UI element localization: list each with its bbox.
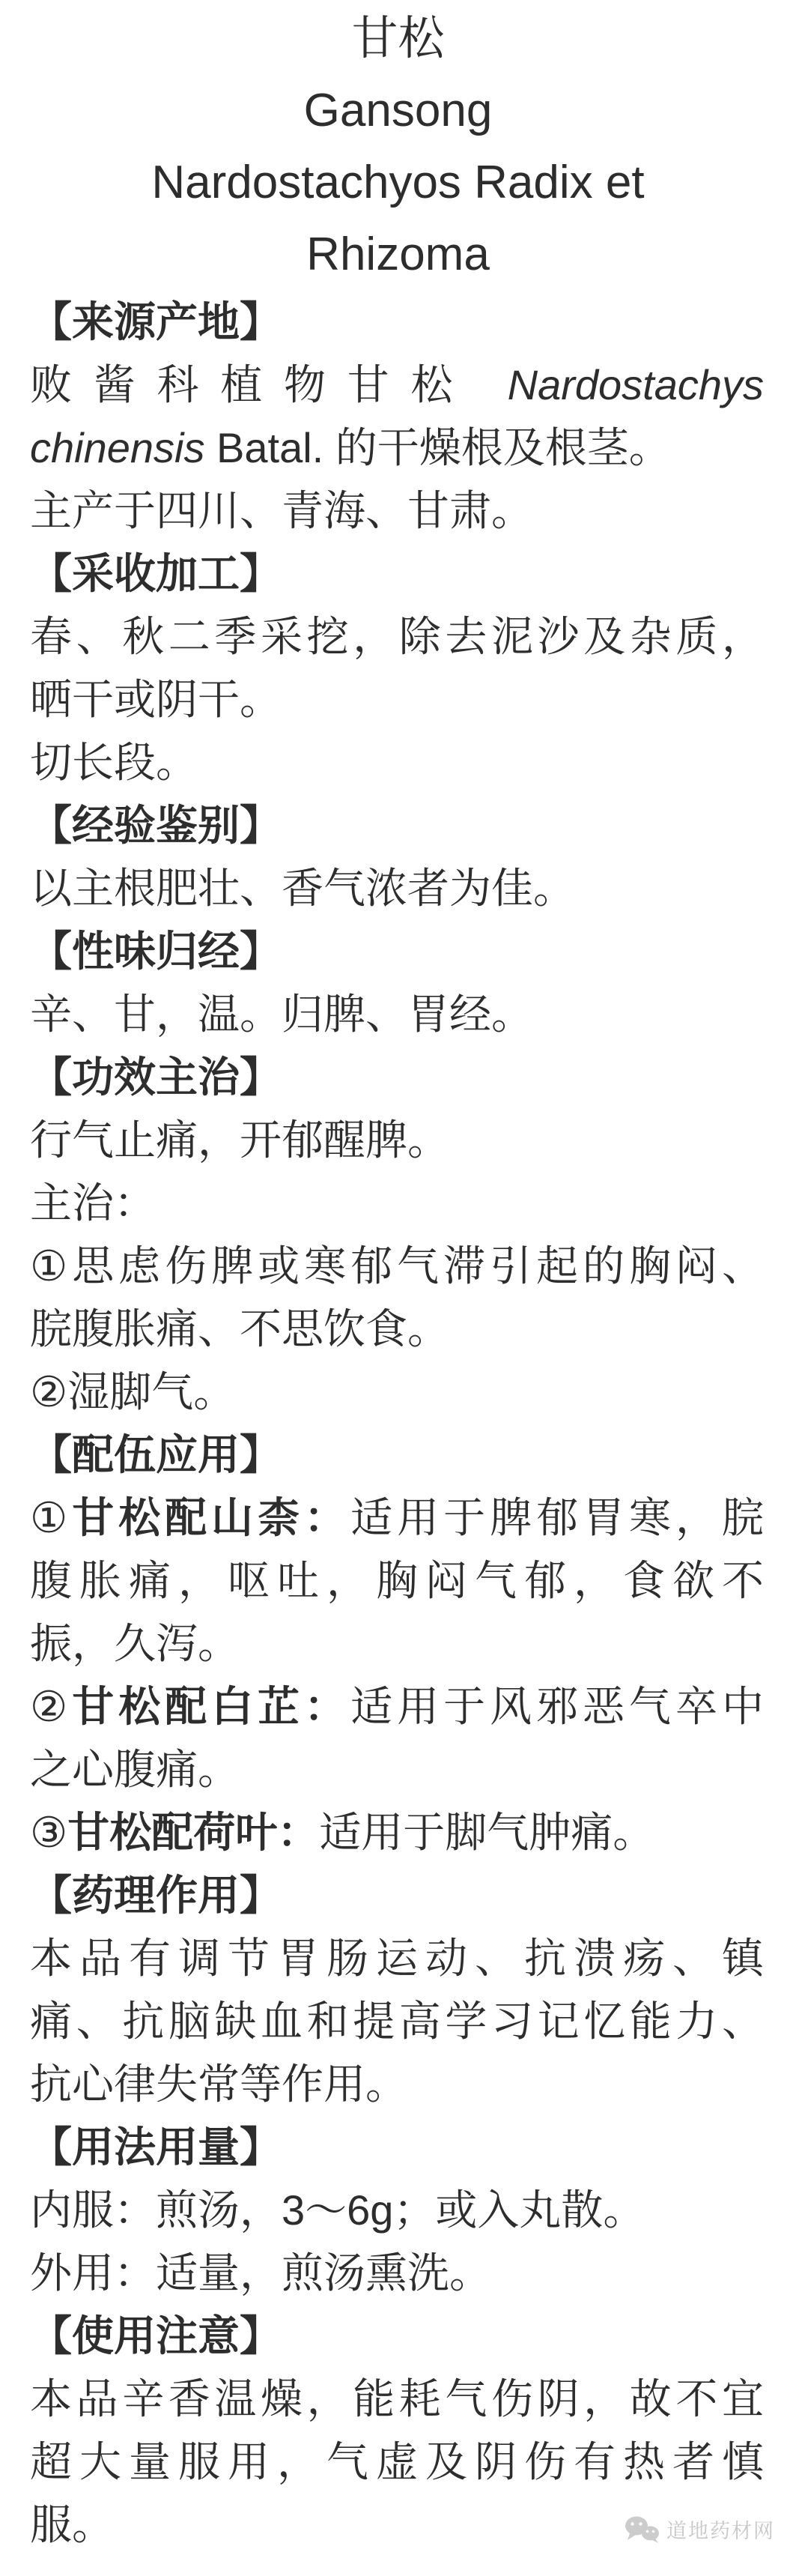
text-segment: 适用于脚气肿痛。	[319, 1809, 654, 1856]
text-segment: ③	[30, 1809, 67, 1856]
body-line: 脘腹胀痛、不思饮食。	[30, 1298, 764, 1361]
body-line: 内服：煎汤，3～6g；或入丸散。	[30, 2179, 764, 2242]
title-latin-line2: Rhizoma	[0, 219, 796, 291]
body-line: 本品辛香温燥，能耗气伤阴，故不宜	[30, 2368, 764, 2431]
body-line: 以主根肥壮、香气浓者为佳。	[30, 857, 764, 920]
body-line: 超大量服用，气虚及阴伤有热者慎	[30, 2431, 764, 2494]
text-segment: 败酱科植物甘松	[30, 361, 508, 408]
body-line: 败酱科植物甘松 Nardostachys	[30, 354, 764, 417]
document-page: 甘松 Gansong Nardostachyos Radix et Rhizom…	[0, 0, 796, 2576]
text-segment: 适用于脾郁胃寒，脘	[350, 1494, 764, 1541]
title-chinese: 甘松	[0, 3, 796, 75]
body-line: 主产于四川、青海、甘肃。	[30, 480, 764, 542]
body-line: ①思虑伤脾或寒郁气滞引起的胸闷、	[30, 1235, 764, 1298]
body-line: 辛、甘，温。归脾、胃经。	[30, 983, 764, 1046]
body-line: 腹胀痛，呕吐，胸闷气郁，食欲不	[30, 1549, 764, 1612]
latin-name-italic: chinensis	[30, 424, 204, 471]
wechat-bubbles-icon	[625, 2515, 660, 2544]
body-line: 痛、抗脑缺血和提高学习记忆能力、	[30, 1990, 764, 2053]
body-line: 外用：适量，煎汤熏洗。	[30, 2242, 764, 2305]
watermark: 道地药材网	[625, 2515, 775, 2544]
body-line: ②甘松配白芷：适用于风邪恶气卒中	[30, 1675, 764, 1738]
text-segment: Batal. 的干燥根及根茎。	[204, 424, 670, 471]
section-header-harvest-processing: 【采收加工】	[30, 542, 764, 605]
section-header-compatibility: 【配伍应用】	[30, 1424, 764, 1487]
latin-name-italic: Nardostachys	[508, 361, 764, 408]
pairing-lead-bold: 甘松配荷叶：	[67, 1809, 319, 1856]
body-line: ②湿脚气。	[30, 1361, 764, 1424]
body-line: 行气止痛，开郁醒脾。	[30, 1109, 764, 1172]
pairing-lead-bold: 甘松配白芷：	[72, 1683, 350, 1730]
text-segment: ②	[30, 1683, 72, 1730]
text-segment: 适用于风邪恶气卒中	[350, 1683, 764, 1730]
title-pinyin: Gansong	[0, 75, 796, 147]
title-latin-line1: Nardostachyos Radix et	[0, 147, 796, 219]
body-line: 春、秋二季采挖，除去泥沙及杂质，	[30, 605, 764, 668]
section-header-dosage: 【用法用量】	[30, 2116, 764, 2179]
body-line: ①甘松配山柰：适用于脾郁胃寒，脘	[30, 1487, 764, 1549]
pairing-lead-bold: 甘松配山柰：	[72, 1494, 350, 1541]
body-line: 之心腹痛。	[30, 1738, 764, 1801]
body-line: 晒干或阴干。	[30, 668, 764, 731]
section-header-pharmacology: 【药理作用】	[30, 1864, 764, 1927]
body-line: chinensis Batal. 的干燥根及根茎。	[30, 417, 764, 480]
body-line: 振，久泻。	[30, 1612, 764, 1675]
section-header-taste-meridian: 【性味归经】	[30, 920, 764, 983]
body-line: 本品有调节胃肠运动、抗溃疡、镇	[30, 1927, 764, 1990]
watermark-label: 道地药材网	[666, 2515, 775, 2544]
section-header-identification: 【经验鉴别】	[30, 794, 764, 857]
body-line: 抗心律失常等作用。	[30, 2053, 764, 2116]
section-header-efficacy-indications: 【功效主治】	[30, 1046, 764, 1109]
section-header-source-origin: 【来源产地】	[30, 291, 764, 354]
title-block: 甘松 Gansong Nardostachyos Radix et Rhizom…	[0, 0, 796, 291]
section-header-precautions: 【使用注意】	[30, 2305, 764, 2368]
article-body: 【来源产地】 败酱科植物甘松 Nardostachys chinensis Ba…	[0, 291, 796, 2557]
body-line: ③甘松配荷叶：适用于脚气肿痛。	[30, 1801, 764, 1864]
text-segment: ①	[30, 1494, 72, 1541]
body-line: 切长段。	[30, 731, 764, 794]
body-line: 主治：	[30, 1172, 764, 1235]
